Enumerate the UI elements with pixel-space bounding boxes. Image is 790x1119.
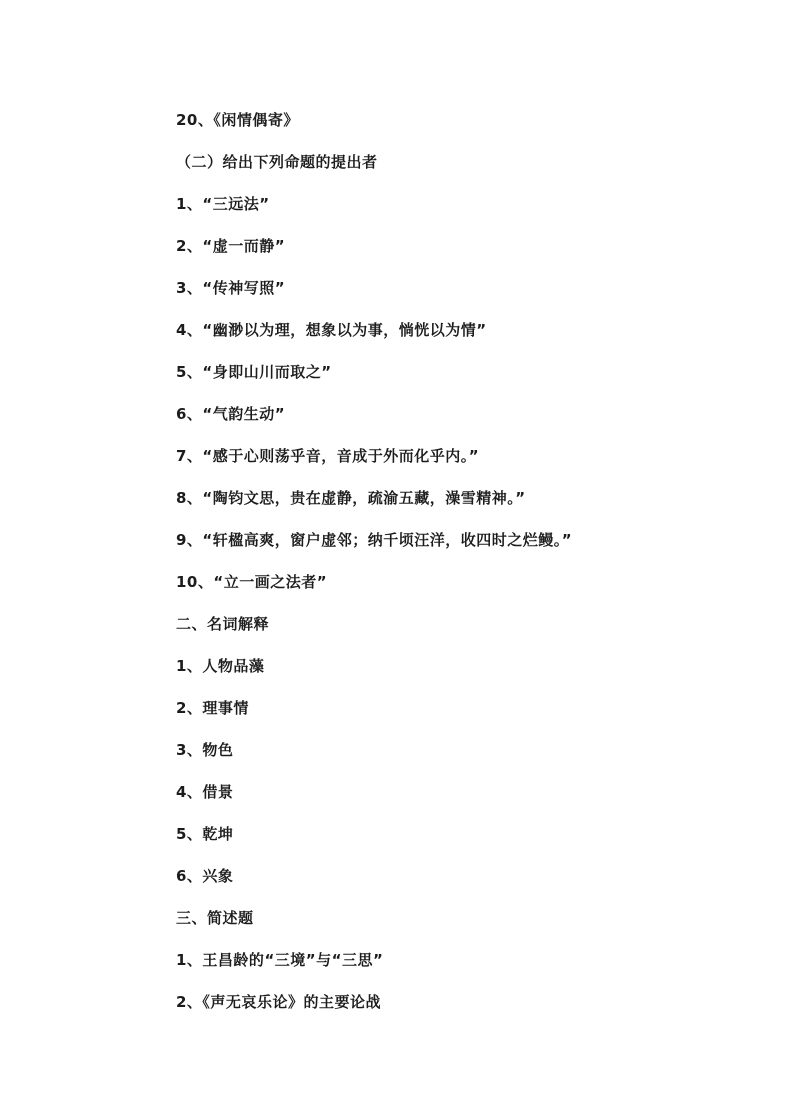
doc-section-heading-terms: 二、名词解释: [176, 616, 750, 632]
doc-line-term-2: 2、理事情: [176, 700, 750, 716]
document-page: 20、《闲情偶寄》 （二）给出下列命题的提出者 1、“三远法” 2、“虚一而静”…: [0, 0, 790, 1119]
doc-line-proposition-7: 7、“感于心则荡乎音，音成于外而化乎内。”: [176, 448, 750, 464]
doc-line-proposition-3: 3、“传神写照”: [176, 280, 750, 296]
doc-line-essay-2: 2、《声无哀乐论》的主要论战: [176, 994, 750, 1010]
doc-line-item-20: 20、《闲情偶寄》: [176, 112, 750, 128]
doc-line-essay-1: 1、王昌龄的“三境”与“三思”: [176, 952, 750, 968]
doc-line-proposition-2: 2、“虚一而静”: [176, 238, 750, 254]
doc-line-term-4: 4、借景: [176, 784, 750, 800]
doc-line-proposition-5: 5、“身即山川而取之”: [176, 364, 750, 380]
doc-line-proposition-4: 4、“幽渺以为理，想象以为事，惝恍以为情”: [176, 322, 750, 338]
doc-line-term-3: 3、物色: [176, 742, 750, 758]
doc-section-heading-essay: 三、简述题: [176, 910, 750, 926]
doc-line-proposition-9: 9、“轩楹高爽，窗户虚邻；纳千顷汪洋，收四时之烂鳗。”: [176, 532, 750, 548]
doc-line-term-5: 5、乾坤: [176, 826, 750, 842]
doc-line-term-6: 6、兴象: [176, 868, 750, 884]
doc-line-proposition-6: 6、“气韵生动”: [176, 406, 750, 422]
doc-line-term-1: 1、人物品藻: [176, 658, 750, 674]
doc-section-heading-2: （二）给出下列命题的提出者: [176, 154, 750, 170]
doc-line-proposition-8: 8、“陶钧文思，贵在虚静，疏渝五藏，澡雪精神。”: [176, 490, 750, 506]
doc-line-proposition-10: 10、“立一画之法者”: [176, 574, 750, 590]
doc-line-proposition-1: 1、“三远法”: [176, 196, 750, 212]
